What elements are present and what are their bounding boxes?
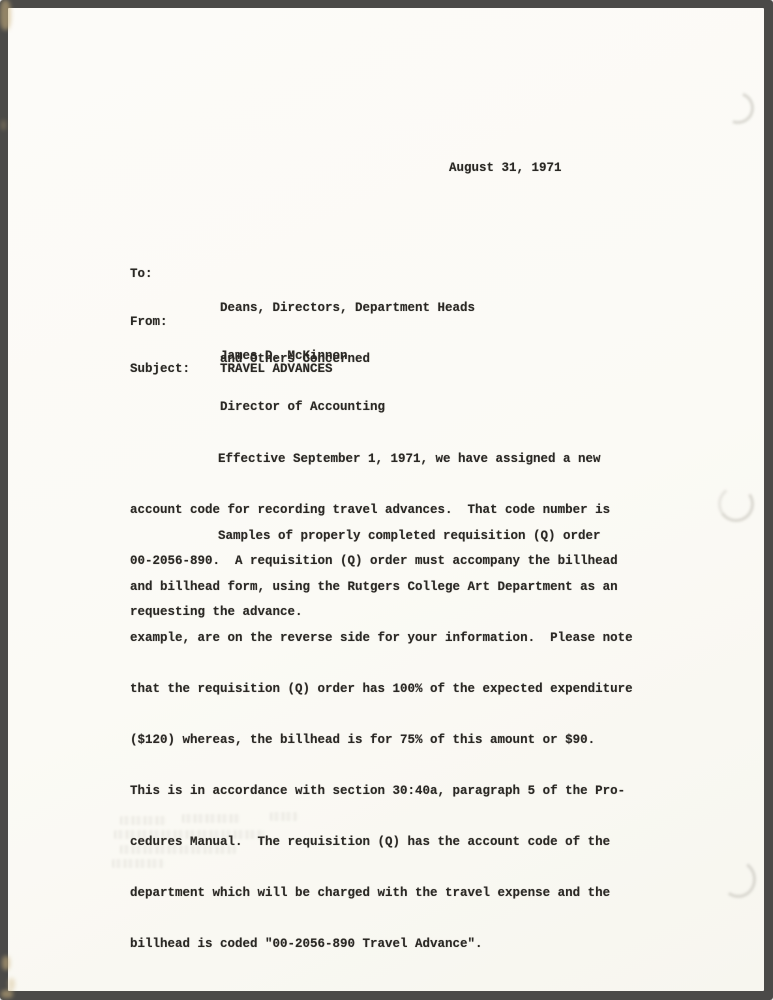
from-label: From: (130, 314, 168, 331)
paper-blemish (8, 978, 15, 990)
paper-blemish (1, 120, 6, 130)
body-line: department which will be charged with th… (130, 885, 633, 902)
subject-label: Subject: (130, 361, 190, 378)
paper-blemish (2, 956, 10, 970)
paragraph-2: Samples of properly completed requisitio… (130, 494, 633, 987)
subject-value: TRAVEL ADVANCES (220, 361, 333, 378)
stamp-smudge (120, 816, 166, 825)
body-line: ($120) whereas, the billhead is for 75% … (130, 732, 633, 749)
stamp-smudge (270, 812, 298, 821)
stamp-smudge (114, 830, 264, 839)
scanned-memo-page: August 31, 1971 To: Deans, Directors, De… (0, 0, 773, 1000)
paper-blemish (1, 990, 13, 998)
stamp-smudge (120, 845, 236, 854)
stamp-smudge (182, 814, 240, 823)
faded-stamp (112, 812, 307, 872)
stamp-smudge (112, 859, 164, 868)
body-line: Samples of properly completed requisitio… (130, 528, 633, 545)
to-label: To: (130, 266, 153, 283)
body-line: Effective September 1, 1971, we have ass… (130, 451, 618, 468)
body-line: example, are on the reverse side for you… (130, 630, 633, 647)
paper-blemish (0, 0, 11, 30)
body-line: that the requisition (Q) order has 100% … (130, 681, 633, 698)
body-line: and billhead form, using the Rutgers Col… (130, 579, 633, 596)
date-line: August 31, 1971 (449, 160, 562, 177)
from-value-line: Director of Accounting (220, 399, 385, 416)
body-line: billhead is coded "00-2056-890 Travel Ad… (130, 936, 633, 953)
body-line: This is in accordance with section 30:40… (130, 783, 633, 800)
